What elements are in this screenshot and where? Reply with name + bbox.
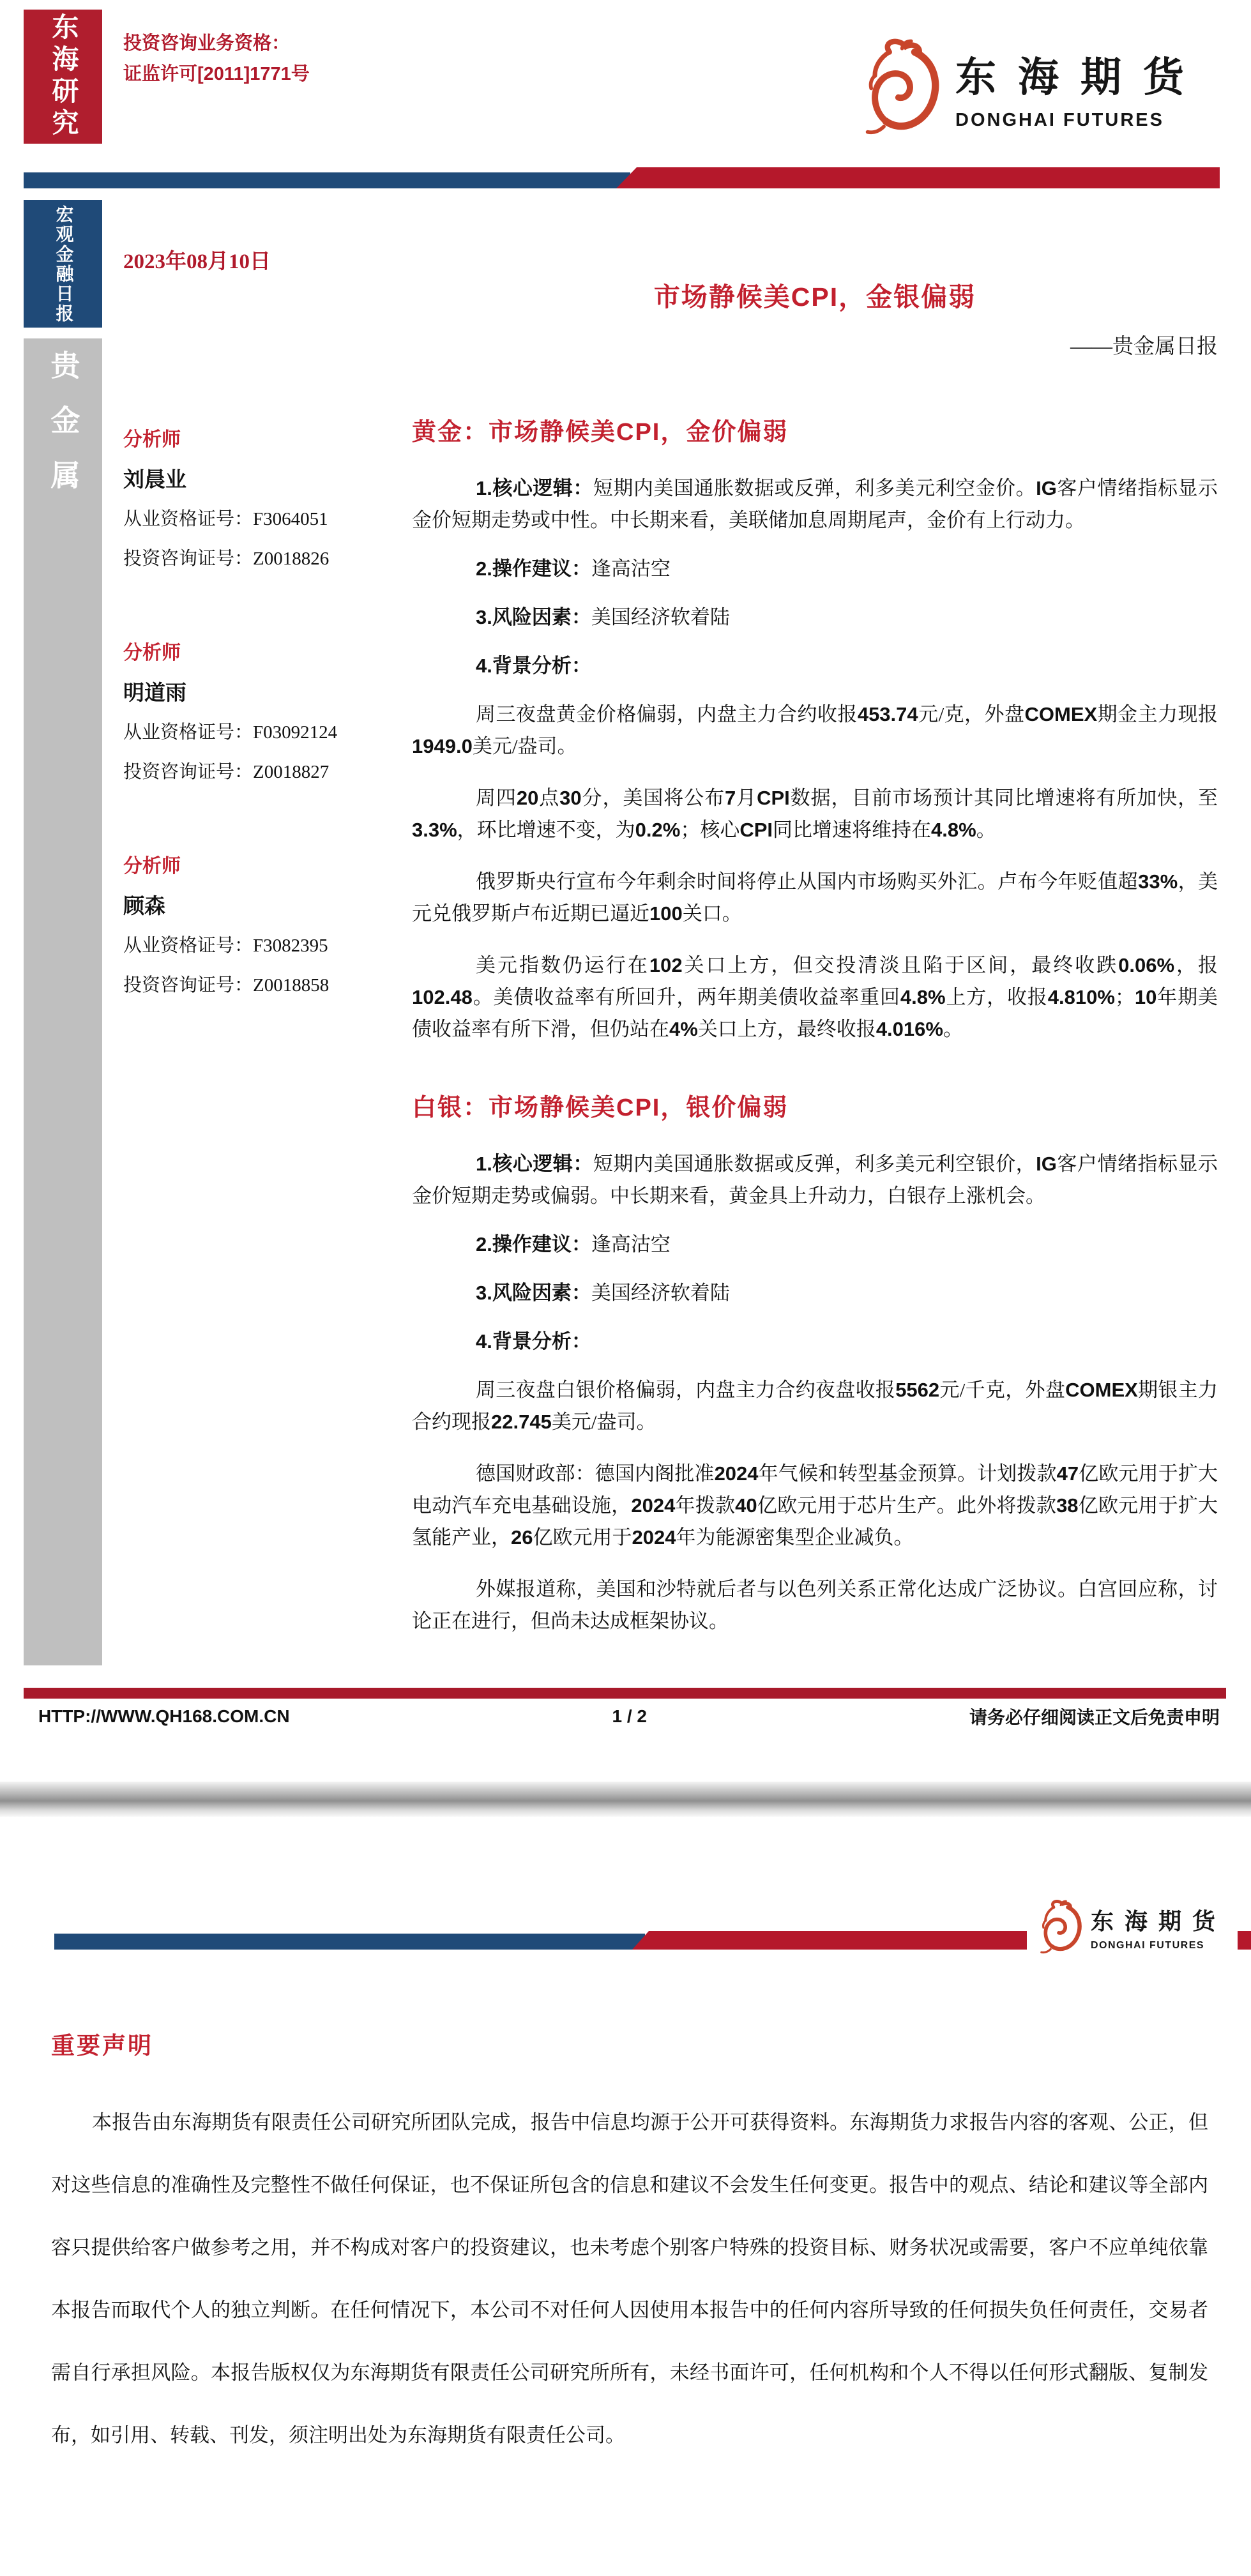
item-label: 3.风险因素：: [476, 1282, 591, 1304]
section-item: 3.风险因素：美国经济软着陆: [412, 1277, 1218, 1309]
brand-box: 东海研究: [24, 10, 102, 144]
brand-box-text: 东海研究: [44, 13, 82, 140]
item-label: 4.背景分析：: [476, 1330, 591, 1352]
item-text: 逢高沽空: [591, 1233, 671, 1255]
report-date: 2023年08月10日: [123, 245, 271, 275]
analyst-role: 分析师: [123, 847, 411, 886]
logo-cn-text: 东海期货: [1091, 1904, 1226, 1936]
item-label: 2.操作建议：: [476, 557, 591, 580]
section-item: 2.操作建议：逢高沽空: [412, 553, 1218, 585]
section-silver: 白银：市场静候美CPI，银价偏弱 1.核心逻辑：短期内美国通胀数据或反弹，利多美…: [412, 1087, 1218, 1637]
dragon-logo-icon: [862, 37, 944, 138]
item-text: 逢高沽空: [591, 557, 671, 580]
background-paragraph: 俄罗斯央行宣布今年剩余时间将停止从国内市场购买外汇。卢布今年贬值超33%，美元兑…: [412, 866, 1218, 930]
section-item: 4.背景分析：: [412, 650, 1218, 682]
background-paragraph: 周三夜盘白银价格偏弱，内盘主力合约夜盘收报5562元/千克，外盘COMEX期银主…: [412, 1374, 1218, 1438]
header-divider-red: [616, 167, 1220, 188]
logo-en-text: DONGHAI FUTURES: [1091, 1940, 1226, 1951]
section-heading: 黄金：市场静候美CPI，金价偏弱: [412, 412, 1218, 447]
company-logo: 东海期货 DONGHAI FUTURES: [862, 37, 1206, 138]
item-label: 1.核心逻辑：: [476, 1153, 593, 1175]
logo-text: 东海期货 DONGHAI FUTURES: [955, 45, 1206, 131]
section-item: 4.背景分析：: [412, 1326, 1218, 1358]
item-label: 1.核心逻辑：: [476, 477, 593, 499]
analyst-card: 分析师 刘晨业 从业资格证号：F3064051 投资咨询证号：Z0018826: [123, 420, 411, 579]
item-label: 4.背景分析：: [476, 655, 591, 677]
qualification-block: 投资咨询业务资格： 证监许可[2011]1771号: [123, 28, 310, 89]
background-paragraph: 美元指数仍运行在102关口上方，但交投清淡且陷于区间，最终收跌0.06%，报10…: [412, 950, 1218, 1045]
qualification-line1: 投资咨询业务资格：: [123, 28, 310, 59]
footer-divider-blue: [54, 1934, 645, 1950]
background-paragraph: 外媒报道称，美国和沙特就后者与以色列关系正常化达成广泛协议。白宫回应称，讨论正在…: [412, 1573, 1218, 1637]
analyst-name: 刘晨业: [123, 460, 411, 499]
report-title: 市场静候美CPI，金银偏弱: [412, 276, 1218, 314]
background-paragraph: 周三夜盘黄金价格偏弱，内盘主力合约收报453.74元/克，外盘COMEX期金主力…: [412, 699, 1218, 762]
logo-cn-text: 东海期货: [955, 45, 1206, 103]
header-divider-blue: [24, 172, 630, 188]
item-text: 美国经济软着陆: [591, 606, 730, 628]
report-subtitle: ——贵金属日报: [412, 330, 1218, 360]
analyst-card: 分析师 顾森 从业资格证号：F3082395 投资咨询证号：Z0018858: [123, 847, 411, 1005]
background-paragraph: 德国财政部：德国内阁批准2024年气候和转型基金预算。计划拨款47亿欧元用于扩大…: [412, 1458, 1218, 1554]
logo-en-text: DONGHAI FUTURES: [955, 110, 1206, 131]
item-label: 2.操作建议：: [476, 1233, 591, 1255]
section-heading: 白银：市场静候美CPI，银价偏弱: [412, 1087, 1218, 1123]
analyst-cert2: 投资咨询证号：Z0018826: [123, 539, 411, 579]
section-item: 2.操作建议：逢高沽空: [412, 1229, 1218, 1261]
analyst-name: 明道雨: [123, 673, 411, 713]
important-statement-heading: 重要声明: [51, 2026, 153, 2061]
analyst-column: 分析师 刘晨业 从业资格证号：F3064051 投资咨询证号：Z0018826 …: [123, 420, 411, 1060]
qualification-line2: 证监许可[2011]1771号: [123, 59, 310, 89]
footer-url: HTTP://WWW.QH168.COM.CN: [38, 1706, 290, 1727]
report-page-2: 东海期货 DONGHAI FUTURES 重要声明 本报告由东海期货有限责任公司…: [0, 1817, 1251, 2576]
logo-text: 东海期货 DONGHAI FUTURES: [1091, 1904, 1226, 1951]
analyst-cert1: 从业资格证号：F03092124: [123, 713, 411, 752]
analyst-cert1: 从业资格证号：F3082395: [123, 926, 411, 966]
analyst-role: 分析师: [123, 420, 411, 460]
analyst-card: 分析师 明道雨 从业资格证号：F03092124 投资咨询证号：Z0018827: [123, 633, 411, 792]
disclaimer-text: 本报告由东海期货有限责任公司研究所团队完成，报告中信息均源于公开可获得资料。东海…: [51, 2091, 1208, 2467]
sidebar-subcategory-text: 贵金属: [42, 350, 84, 1665]
analyst-cert2: 投资咨询证号：Z0018858: [123, 966, 411, 1005]
sidebar-category-text: 宏观金融日报: [50, 205, 76, 328]
analyst-cert2: 投资咨询证号：Z0018827: [123, 752, 411, 792]
page-separator: [0, 1782, 1251, 1817]
header-divider: [24, 170, 1220, 189]
report-page-1: 东海研究 投资咨询业务资格： 证监许可[2011]1771号 东海期货 DONG…: [0, 0, 1251, 1782]
company-logo: 东海期货 DONGHAI FUTURES: [1027, 1886, 1238, 1969]
analyst-name: 顾森: [123, 886, 411, 926]
item-text: 美国经济软着陆: [591, 1282, 730, 1304]
section-item: 1.核心逻辑：短期内美国通胀数据或反弹，利多美元利空银价，IG客户情绪指标显示金…: [412, 1148, 1218, 1212]
footer-page-number: 1 / 2: [612, 1706, 647, 1727]
footer: HTTP://WWW.QH168.COM.CN 1 / 2 请务必仔细阅读正文后…: [38, 1704, 1220, 1729]
analyst-cert1: 从业资格证号：F3064051: [123, 499, 411, 539]
analyst-role: 分析师: [123, 633, 411, 673]
dragon-logo-icon: [1038, 1898, 1084, 1957]
section-item: 3.风险因素：美国经济软着陆: [412, 602, 1218, 633]
section-item: 1.核心逻辑：短期内美国通胀数据或反弹，利多美元利空金价。IG客户情绪指标显示金…: [412, 473, 1218, 536]
sidebar-subcategory-box: 贵金属: [24, 338, 102, 1665]
background-paragraph: 周四20点30分，美国将公布7月CPI数据，目前市场预计其同比增速将有所加快，至…: [412, 782, 1218, 846]
item-label: 3.风险因素：: [476, 606, 591, 628]
footer-divider: [24, 1688, 1226, 1699]
section-gold: 黄金：市场静候美CPI，金价偏弱 1.核心逻辑：短期内美国通胀数据或反弹，利多美…: [412, 412, 1218, 1045]
sidebar-category-box: 宏观金融日报: [24, 200, 102, 328]
report-body: 黄金：市场静候美CPI，金价偏弱 1.核心逻辑：短期内美国通胀数据或反弹，利多美…: [412, 412, 1218, 1657]
footer-disclaimer-note: 请务必仔细阅读正文后免责申明: [969, 1704, 1220, 1729]
